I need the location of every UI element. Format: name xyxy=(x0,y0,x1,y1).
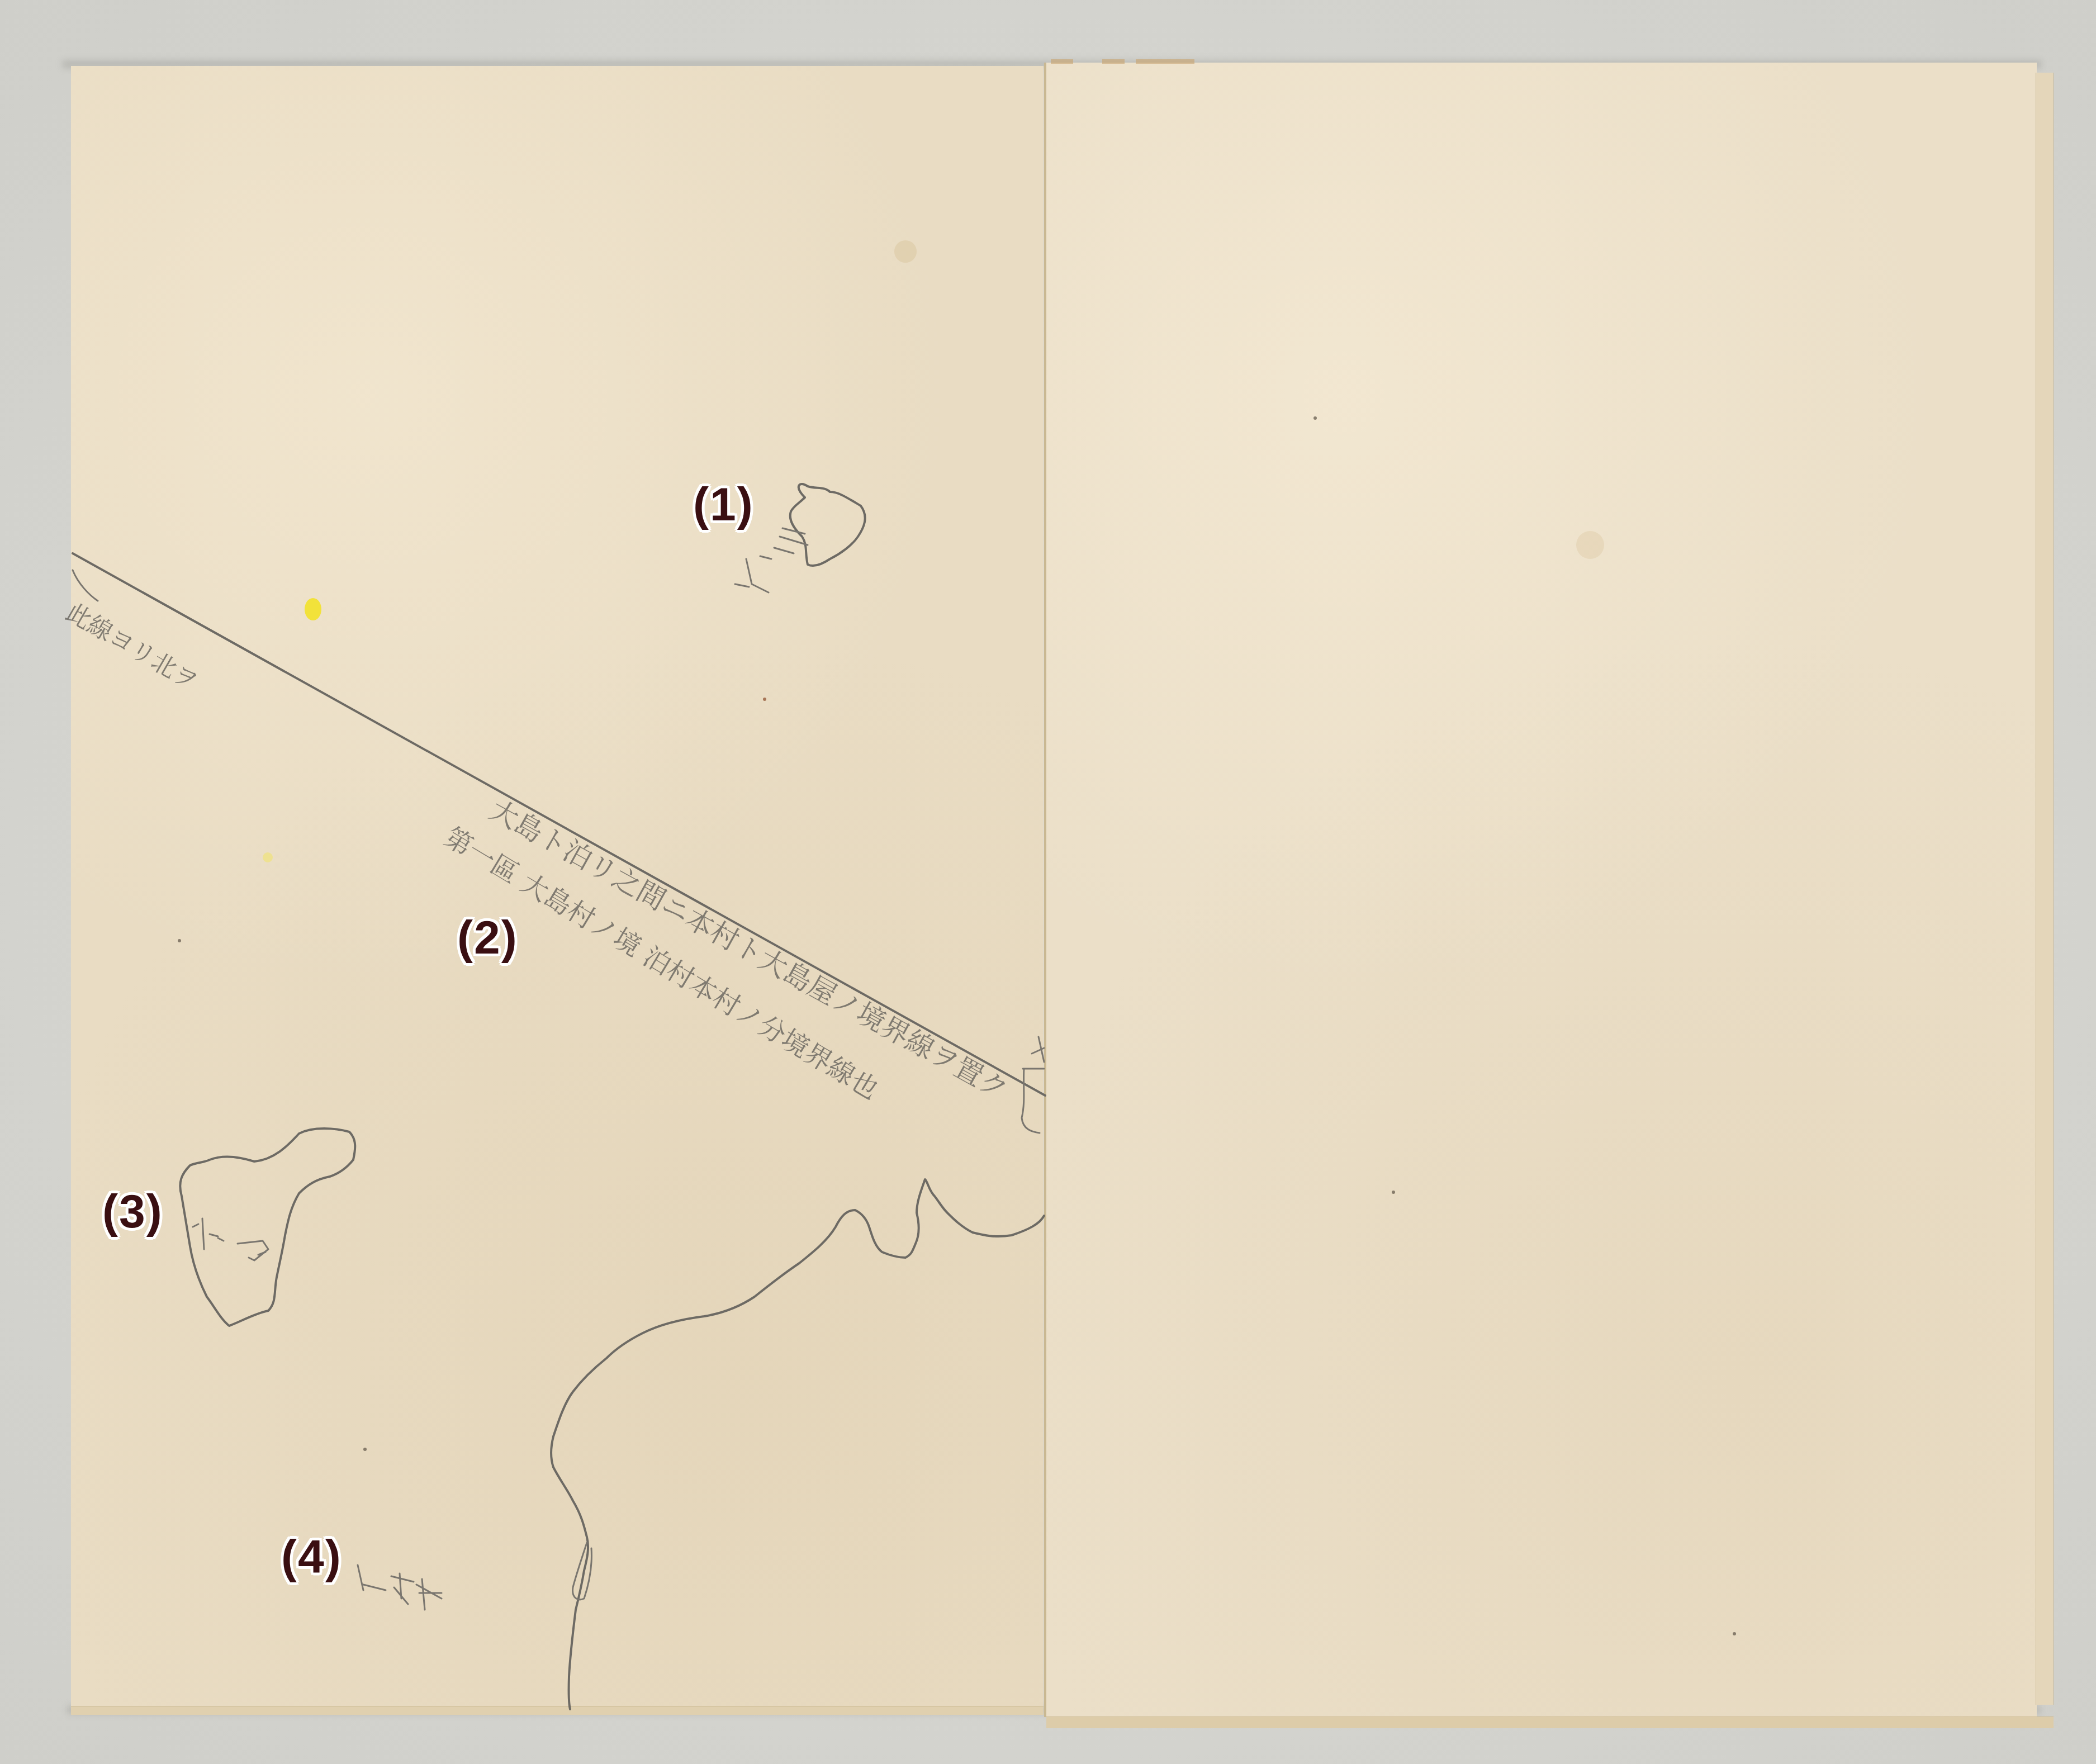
foxing-stain xyxy=(894,240,917,263)
paper-speck xyxy=(1733,1632,1736,1635)
paper-speck xyxy=(178,939,181,942)
tape-remnant xyxy=(1051,59,1073,64)
label-1: (1) xyxy=(693,481,754,528)
right-page-stacked-edge xyxy=(2036,73,2054,1705)
paper-speck xyxy=(1392,1191,1395,1194)
tape-remnant xyxy=(1102,59,1125,64)
label-3: (3) xyxy=(102,1188,163,1235)
paper-speck xyxy=(363,1448,367,1451)
left-page-bottom-edge xyxy=(71,1706,1044,1715)
tape-remnant xyxy=(1136,59,1194,64)
paper-speck xyxy=(1313,416,1317,420)
foxing-stain xyxy=(1576,531,1604,559)
yellow-paint-stain xyxy=(305,598,321,620)
right-page-bottom-edge xyxy=(1046,1716,2054,1728)
yellow-paint-stain xyxy=(263,852,273,862)
right-page xyxy=(1044,63,2037,1717)
paper-speck xyxy=(763,698,766,701)
label-2: (2) xyxy=(457,914,518,961)
label-4: (4) xyxy=(281,1533,342,1580)
